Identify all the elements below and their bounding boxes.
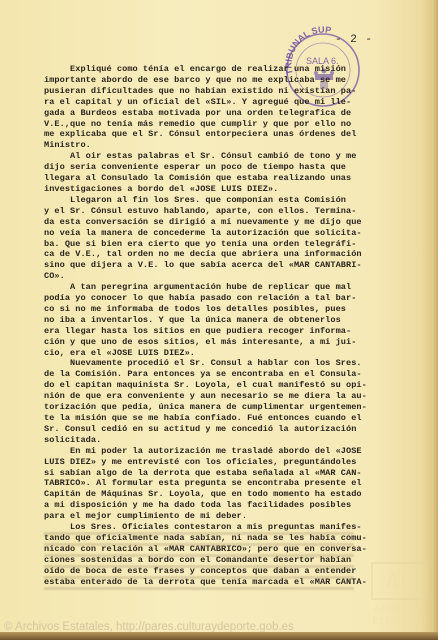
document-page: TRIBUNAL SUP SALA 6. - 2 - Expliqué como… [0, 0, 438, 640]
text-line: gada a Burdeos estaba motivada por una o… [44, 108, 414, 119]
text-line: no veía la manera de concederme la autor… [44, 228, 414, 239]
text-line: sino que dijera a V.E. lo que sabía acer… [44, 260, 414, 271]
text-line: ra el capital y un oficial del «SIL». Y … [44, 97, 414, 108]
text-line: te la misión que se me había confiado. F… [44, 413, 414, 424]
page-edge-bottom [0, 632, 438, 640]
text-line: CO». [44, 271, 414, 282]
text-line: Llegaron al fin los Sres. que componían … [44, 195, 414, 206]
text-line: A tan peregrina argumentación hube de re… [44, 282, 414, 293]
text-line: nión de que era conveniente y aun necesa… [44, 391, 414, 402]
text-line: Al oir estas palabras el Sr. Cónsul camb… [44, 151, 414, 162]
bleed-through-text [44, 528, 354, 596]
text-line: no iba a inventarlos. Y que la única man… [44, 315, 414, 326]
text-line: importante abordo de ese barco y que no … [44, 75, 414, 86]
text-line: y el Sr. Cónsul estuvo hablando, aparte,… [44, 206, 414, 217]
text-line: podía yo conocer lo que había pasado con… [44, 293, 414, 304]
text-line: ción y que uno de esos sitios, el más in… [44, 337, 414, 348]
text-line: pusieran dificultades que no habían exis… [44, 86, 414, 97]
text-line: ca de V.E., tal orden no me decía que ab… [44, 249, 414, 260]
text-line: Nuevamente procedió el Sr. Consul a habl… [44, 358, 414, 369]
text-line: si sabían algo de la derrota que estaba … [44, 468, 414, 479]
text-line: Expliqué como ténía el encargo de realiz… [44, 64, 414, 75]
text-line: solicitada. [44, 435, 414, 446]
text-line: V.E.,que no tenía más remedio que cumpli… [44, 119, 414, 130]
text-line: era llegar hasta los sitios en que pudie… [44, 326, 414, 337]
text-line: investigaciones a bordo del «JOSE LUIS D… [44, 184, 414, 195]
text-line: Ministro. [44, 140, 414, 151]
archivos-estatales-logo: AE ARCHIVOS ESTATALES [365, 560, 433, 632]
text-line: de la Comisión. Para entonces ya se enco… [44, 369, 414, 380]
text-line: da esta conversación se dirigió a mí nue… [44, 217, 414, 228]
text-line: ba. Que si bien era cierto que yo tenía … [44, 239, 414, 250]
text-line: me explicaba que el Sr. Cónsul entorpeci… [44, 129, 414, 140]
page-edge-right [432, 0, 438, 640]
text-line: Sr. Consul cedió en su actitud y me conc… [44, 424, 414, 435]
text-line: En mi poder la autorización me trasladé … [44, 446, 414, 457]
text-line: do el capitan maquinista Sr. Loyola, el … [44, 380, 414, 391]
text-line: para el mejor cumplimiento de mi deber. [44, 511, 414, 522]
page-number: - 2 - [335, 34, 373, 46]
text-line: dijo seria conveniente esperar un poco d… [44, 162, 414, 173]
text-line: cio, era el «JOSE LUIS DIEZ». [44, 348, 414, 359]
text-line: co si no me informaba de todos los detal… [44, 304, 414, 315]
text-line: LUIS DIEZ» y me entrevisté con los ofici… [44, 457, 414, 468]
text-line: Capitán de Máquinas Sr. Loyola, que en t… [44, 489, 414, 500]
text-line: a mi disposición y me ha dado toda las f… [44, 500, 414, 511]
text-line: torización que pedía, única manera de cu… [44, 402, 414, 413]
typed-body-text: Expliqué como ténía el encargo de realiz… [44, 64, 414, 588]
text-line: TABRICO». Al formular esta pregunta se e… [44, 478, 414, 489]
text-line: llegara al Consulado la Comisión que est… [44, 173, 414, 184]
